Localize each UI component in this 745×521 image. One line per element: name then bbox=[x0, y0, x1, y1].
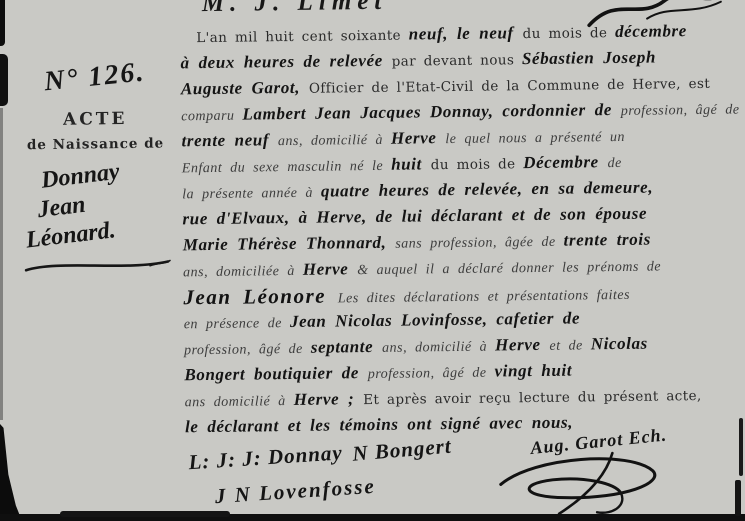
scan-edge-right-upper bbox=[739, 418, 743, 476]
text-segment: et de bbox=[549, 338, 591, 354]
text-segment: Nicolas bbox=[591, 334, 648, 354]
text-segment: Jean Nicolas Lovinfosse, cafetier de bbox=[290, 308, 580, 331]
text-segment: Jean Léonore bbox=[183, 283, 338, 309]
text-segment: Auguste Garot, bbox=[181, 78, 309, 99]
text-segment: septante bbox=[311, 337, 382, 357]
text-segment: le quel nous a présenté un bbox=[445, 130, 625, 147]
text-segment: sans profession, âgée de bbox=[395, 235, 564, 252]
text-segment: rue d'Elvaux, à Herve, de lui déclarant … bbox=[182, 204, 647, 229]
text-segment: profession, âgé de bbox=[184, 342, 311, 359]
text-segment: profession, âgé de bbox=[621, 103, 740, 119]
scan-edge-right-lower bbox=[735, 480, 741, 516]
text-segment: ans, domicilié à bbox=[382, 340, 495, 356]
text-segment: ans, domiciliée à bbox=[183, 264, 303, 280]
text-segment: trente trois bbox=[563, 230, 650, 250]
text-segment: Lambert Jean Jacques Donnay, cordonnier … bbox=[242, 100, 621, 124]
scan-edge-left-top bbox=[0, 0, 5, 46]
scan-edge-left-mid bbox=[0, 54, 8, 106]
text-segment: Officier de l'Etat-Civil de la Commune d… bbox=[309, 76, 710, 97]
text-segment: Herve bbox=[303, 259, 358, 279]
text-segment: à deux heures de relevée bbox=[180, 51, 391, 73]
text-segment: Marie Thérèse Thonnard, bbox=[183, 233, 396, 255]
act-heading: ACTE bbox=[14, 108, 176, 130]
body-text: L'an mil huit cent soixante neuf, le neu… bbox=[180, 17, 745, 440]
text-segment: & auquel il a déclaré donner les prénoms… bbox=[357, 259, 661, 278]
text-segment: profession, âgé de bbox=[368, 366, 495, 383]
text-segment: Bongert boutiquier de bbox=[184, 363, 368, 384]
text-segment: Herve ; bbox=[294, 389, 364, 409]
scan-edge-left-faint bbox=[0, 108, 3, 420]
text-segment: Décembre bbox=[523, 152, 608, 172]
text-segment: la présente année à bbox=[182, 186, 321, 203]
previous-act-signature-fragment: M. J. Limet bbox=[202, 0, 388, 18]
text-segment: ans, domicilié à bbox=[278, 133, 391, 149]
text-segment: du mois de bbox=[523, 25, 616, 42]
document-content: N° 126. ACTE de Naissance de Donnay Jean… bbox=[0, 0, 745, 521]
text-segment: Herve bbox=[495, 335, 550, 355]
text-segment: en présence de bbox=[184, 316, 290, 332]
text-segment: décembre bbox=[615, 21, 687, 41]
flourish-paraph-officer-icon bbox=[494, 448, 667, 518]
text-segment: L'an mil huit cent soixante bbox=[196, 28, 409, 47]
scan-edge-bottom-bump bbox=[60, 511, 230, 517]
signature-witness-bongert: N Bongert bbox=[351, 434, 452, 467]
document-scan: N° 126. ACTE de Naissance de Donnay Jean… bbox=[0, 0, 745, 521]
text-segment: vingt huit bbox=[494, 361, 572, 381]
flourish-underline-icon bbox=[22, 256, 174, 274]
margin-column: N° 126. ACTE de Naissance de Donnay Jean… bbox=[14, 60, 179, 274]
text-segment: comparu bbox=[181, 109, 242, 125]
text-segment: neuf, le neuf bbox=[409, 23, 523, 43]
text-segment: Enfant du sexe masculin né le bbox=[182, 159, 391, 177]
text-segment: quatre heures de relevée, en sa demeure, bbox=[321, 178, 653, 201]
text-segment: du mois de bbox=[431, 156, 524, 173]
signature-witness-lovenfosse: J N Lovenfosse bbox=[214, 474, 376, 509]
text-segment: Et après avoir reçu lecture du présent a… bbox=[363, 388, 702, 408]
text-segment: Herve bbox=[391, 128, 446, 148]
text-segment: Les dites déclarations et présentations … bbox=[338, 288, 630, 307]
text-segment: trente neuf bbox=[181, 130, 278, 150]
text-segment: de bbox=[608, 156, 622, 171]
text-segment: huit bbox=[391, 154, 431, 173]
text-segment: Sébastien Joseph bbox=[522, 48, 656, 69]
act-number: N° 126. bbox=[13, 53, 177, 101]
signature-declarant: L: J: J: Donnay bbox=[188, 440, 344, 475]
text-segment: le déclarant et les témoins ont signé av… bbox=[185, 413, 573, 437]
text-segment: ans domicilié à bbox=[185, 394, 294, 410]
text-segment: par devant nous bbox=[392, 52, 522, 70]
act-subheading: de Naissance de bbox=[14, 135, 176, 153]
